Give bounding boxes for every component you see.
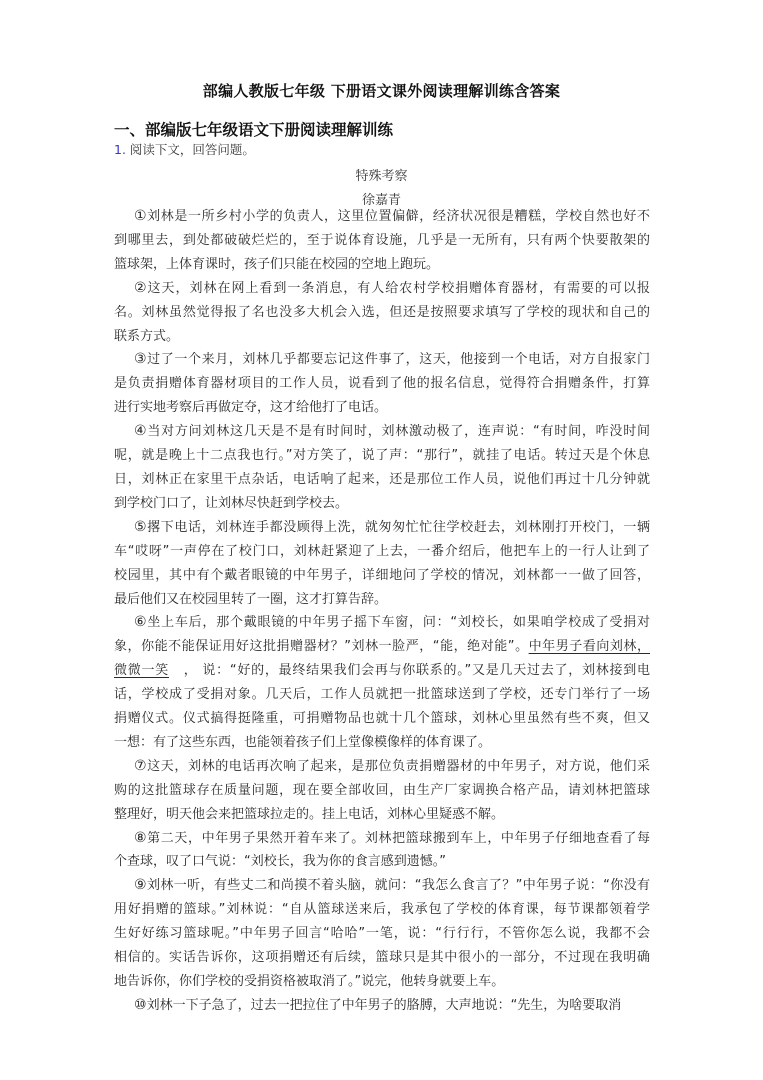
paragraph-marker: ③ <box>134 351 147 367</box>
paragraph-5: ⑤撂下电话，刘林连手都没顾得上洗，就匆匆忙忙往学校赶去，刘林刚打开校门，一辆车“… <box>114 516 650 612</box>
text-line: 相信的。实话告诉你，这项捐赠还有后续，篮球只是其中很小的一部分，不过现在我明确 <box>114 946 650 970</box>
underlined-phrase: 微微一笑 <box>114 663 169 678</box>
line-text: ， 说：“好的，最终结果我们会再与你联系的。”又是几天过去了，刘林接到电 <box>183 663 650 678</box>
line-text: 名。刘林虽然觉得报了名也没多大机会入选，但还是按照要求填写了学校的现状和自己的 <box>114 305 650 320</box>
document-title: 部编人教版七年级 下册语文课外阅读理解训练含答案 <box>0 80 763 101</box>
line-text: 刘林一下子急了，过去一把拉住了中年男子的胳膊，大声地说：“先生，为啥要取消 <box>147 998 622 1013</box>
paragraph-marker: ④ <box>134 423 147 439</box>
question-text: 阅读下文，回答问题。 <box>130 142 255 157</box>
text-line: ④当对方问刘林这几天是不是有时间时，刘林激动极了，连声说：“有时间，咋没时间 <box>114 420 650 444</box>
paragraph-6: ⑥坐上车后，那个戴眼镜的中年男子摇下车窗，问：“刘校长，如果咱学校成了受捐对象，… <box>114 611 650 754</box>
text-line: 到哪里去，到处都破破烂烂的，至于说体育设施，几乎是一无所有，只有两个快要散架的 <box>114 229 650 253</box>
line-text: 象，你能不能保证用好这批捐赠器材？”刘林一脸严，“能，绝对能”。 <box>114 639 529 654</box>
text-line: ⑨刘林一听，有些丈二和尚摸不着头脑，就问：“我怎么食言了？”中年男子说：“你没有 <box>114 874 650 898</box>
paragraph-4: ④当对方问刘林这几天是不是有时间时，刘林激动极了，连声说：“有时间，咋没时间呢，… <box>114 420 650 516</box>
document-page: 部编人教版七年级 下册语文课外阅读理解训练含答案 一、部编版七年级语文下册阅读理… <box>0 0 763 1080</box>
line-text: 这天，刘林在网上看到一条消息，有人给农村学校捐赠体育器材，有需要的可以报 <box>148 281 650 296</box>
line-text: 刘林一听，有些丈二和尚摸不着头脑，就问：“我怎么食言了？”中年男子说：“你没有 <box>147 878 650 893</box>
question-number: 1. <box>114 142 126 157</box>
paragraph-marker: ⑤ <box>134 519 147 535</box>
text-line: 微微一笑， 说：“好的，最终结果我们会再与你联系的。”又是几天过去了，刘林接到电 <box>114 659 650 683</box>
paragraph-marker: ① <box>134 208 147 224</box>
line-text: 过了一个来月，刘林几乎都要忘记这件事了，这天，他接到一个电话，对方自报家门 <box>147 352 650 367</box>
paragraph-9: ⑨刘林一听，有些丈二和尚摸不着头脑，就问：“我怎么食言了？”中年男子说：“你没有… <box>114 874 650 994</box>
line-text: 车“哎呀”一声停在了校门口，刘林赶紧迎了上去，一番介绍后，他把车上的一行人让到了 <box>114 544 650 559</box>
text-line: 最后他们又在校园里转了一圈，这才打算告辞。 <box>114 588 650 612</box>
paragraph-marker: ⑨ <box>134 877 147 893</box>
text-line: 到学校门口了，让刘林尽快赶到学校去。 <box>114 492 650 516</box>
text-line: 呢，就是晚上十二点我也行。”对方笑了，说了声：“那行”，就挂了电话。转过天是个休… <box>114 444 650 468</box>
story-title: 特殊考察 <box>0 165 763 184</box>
text-line: 篮球架，上体育课时，孩子们只能在校园的空地上跑玩。 <box>114 253 650 277</box>
line-text: 用好捐赠的篮球。”刘林说：“自从篮球送来后，我承包了学校的体育课，每节课都领着学 <box>114 902 650 917</box>
line-text: 话，学校成了受捐对象。几天后，工作人员就把一批篮球送到了学校，还专门举行了一场 <box>114 687 650 702</box>
line-text: 日，刘林正在家里干点杂话，电话响了起来，还是那位工作人员，说他们再过十几分钟就 <box>114 472 650 487</box>
paragraph-1: ①刘林是一所乡村小学的负责人，这里位置偏僻，经济状况很是糟糕，学校自然也好不到哪… <box>114 205 650 277</box>
text-line: 校园里，其中有个戴者眼镜的中年男子，详细地问了学校的情况，刘林都一一做了回答， <box>114 564 650 588</box>
text-line: ⑤撂下电话，刘林连手都没顾得上洗，就匆匆忙忙往学校赶去，刘林刚打开校门，一辆 <box>114 516 650 540</box>
text-line: 一想：有了这些东西，也能领着孩子们上堂像模像样的体育课了。 <box>114 731 650 755</box>
section-heading: 一、部编版七年级语文下册阅读理解训练 <box>114 118 393 140</box>
line-text: 校园里，其中有个戴者眼镜的中年男子，详细地问了学校的情况，刘林都一一做了回答， <box>114 568 650 583</box>
text-line: ⑥坐上车后，那个戴眼镜的中年男子摇下车窗，问：“刘校长，如果咱学校成了受捐对 <box>114 611 650 635</box>
paragraph-marker: ⑩ <box>134 997 147 1013</box>
text-line: ⑩刘林一下子急了，过去一把拉住了中年男子的胳膊，大声地说：“先生，为啥要取消 <box>114 994 650 1018</box>
line-text: 这天，刘林的电话再次响了起来，是那位负责捐赠器材的中年男子，对方说，他们采 <box>147 759 650 774</box>
line-text: 进行实地考察后再做定夺，这才给他打了电话。 <box>114 400 387 415</box>
paragraph-marker: ② <box>134 280 148 296</box>
line-text: 个查球，叹了口气说：“刘校长，我为你的食言感到遗憾。” <box>114 854 446 869</box>
line-text: 捐赠仪式。仪式搞得挺隆重，可捐赠物品也就十几个篮球，刘林心里虽然有些不爽，但又 <box>114 711 650 726</box>
text-line: 生好好练习篮球呢。”中年男子回言“哈哈”一笔，说：“行行行，不管你怎么说，我都不… <box>114 922 650 946</box>
line-text: 购的这批篮球存在质量问题，现在要全部收回，由生产厂家调换合格产品，请刘林把篮球 <box>114 783 650 798</box>
paragraph-3: ③过了一个来月，刘林几乎都要忘记这件事了，这天，他接到一个电话，对方自报家门是负… <box>114 348 650 420</box>
text-line: ⑦这天，刘林的电话再次响了起来，是那位负责捐赠器材的中年男子，对方说，他们采 <box>114 755 650 779</box>
text-line: ①刘林是一所乡村小学的负责人，这里位置偏僻，经济状况很是糟糕，学校自然也好不 <box>114 205 650 229</box>
text-line: 购的这批篮球存在质量问题，现在要全部收回，由生产厂家调换合格产品，请刘林把篮球 <box>114 779 650 803</box>
text-line: 联系方式。 <box>114 325 650 349</box>
line-text: 撂下电话，刘林连手都没顾得上洗，就匆匆忙忙往学校赶去，刘林刚打开校门，一辆 <box>147 520 650 535</box>
line-text: 相信的。实话告诉你，这项捐赠还有后续，篮球只是其中很小的一部分，不过现在我明确 <box>114 950 650 965</box>
line-text: 到学校门口了，让刘林尽快赶到学校去。 <box>114 496 348 511</box>
text-line: 进行实地考察后再做定夺，这才给他打了电话。 <box>114 396 650 420</box>
text-line: 话，学校成了受捐对象。几天后，工作人员就把一批篮球送到了学校，还专门举行了一场 <box>114 683 650 707</box>
line-text: 坐上车后，那个戴眼镜的中年男子摇下车窗，问：“刘校长，如果咱学校成了受捐对 <box>147 615 650 630</box>
text-line: ⑧第二天，中年男子果然开着车来了。刘林把篮球搬到车上，中年男子仔细地查看了每 <box>114 827 650 851</box>
line-text: 到哪里去，到处都破破烂烂的，至于说体育设施，几乎是一无所有，只有两个快要散架的 <box>114 233 650 248</box>
text-line: 个查球，叹了口气说：“刘校长，我为你的食言感到遗憾。” <box>114 850 650 874</box>
paragraph-marker: ⑦ <box>134 758 147 774</box>
paragraph-7: ⑦这天，刘林的电话再次响了起来，是那位负责捐赠器材的中年男子，对方说，他们采购的… <box>114 755 650 827</box>
line-text: 最后他们又在校园里转了一圈，这才打算告辞。 <box>114 592 387 607</box>
underlined-phrase: 中年男子看向刘林， <box>529 639 650 654</box>
text-line: 捐赠仪式。仪式搞得挺隆重，可捐赠物品也就十几个篮球，刘林心里虽然有些不爽，但又 <box>114 707 650 731</box>
text-line: 日，刘林正在家里干点杂话，电话响了起来，还是那位工作人员，说他们再过十几分钟就 <box>114 468 650 492</box>
line-text: 篮球架，上体育课时，孩子们只能在校园的空地上跑玩。 <box>114 257 439 272</box>
text-line: ②这天，刘林在网上看到一条消息，有人给农村学校捐赠体育器材，有需要的可以报 <box>114 277 650 301</box>
line-text: 生好好练习篮球呢。”中年男子回言“哈哈”一笔，说：“行行行，不管你怎么说，我都不… <box>114 926 650 941</box>
paragraph-marker: ⑥ <box>134 614 147 630</box>
line-text: 当对方问刘林这几天是不是有时间时，刘林激动极了，连声说：“有时间，咋没时间 <box>147 424 650 439</box>
paragraph-8: ⑧第二天，中年男子果然开着车来了。刘林把篮球搬到车上，中年男子仔细地查看了每个查… <box>114 827 650 875</box>
question-prompt: 1. 阅读下文，回答问题。 <box>114 140 255 158</box>
text-line: 车“哎呀”一声停在了校门口，刘林赶紧迎了上去，一番介绍后，他把车上的一行人让到了 <box>114 540 650 564</box>
line-text: 一想：有了这些东西，也能领着孩子们上堂像模像样的体育课了。 <box>114 735 491 750</box>
text-line: 整理好，明天他会来把篮球拉走的。挂上电话，刘林心里疑惑不解。 <box>114 803 650 827</box>
line-text: 是负责捐赠体育器材项目的工作人员，说看到了他的报名信息，觉得符合捐赠条件，打算 <box>114 376 650 391</box>
text-line: ③过了一个来月，刘林几乎都要忘记这件事了，这天，他接到一个电话，对方自报家门 <box>114 348 650 372</box>
line-text: 第二天，中年男子果然开着车来了。刘林把篮球搬到车上，中年男子仔细地查看了每 <box>147 831 650 846</box>
line-text: 联系方式。 <box>114 329 179 344</box>
paragraph-2: ②这天，刘林在网上看到一条消息，有人给农村学校捐赠体育器材，有需要的可以报名。刘… <box>114 277 650 349</box>
line-text: 呢，就是晚上十二点我也行。”对方笑了，说了声：“那行”，就挂了电话。转过天是个休… <box>114 448 650 463</box>
text-line: 象，你能不能保证用好这批捐赠器材？”刘林一脸严，“能，绝对能”。中年男子看向刘林… <box>114 635 650 659</box>
text-line: 是负责捐赠体育器材项目的工作人员，说看到了他的报名信息，觉得符合捐赠条件，打算 <box>114 372 650 396</box>
line-text: 地告诉你，你们学校的受捐资格被取消了。”说完，他转身就要上车。 <box>114 974 504 989</box>
text-line: 用好捐赠的篮球。”刘林说：“自从篮球送来后，我承包了学校的体育课，每节课都领着学 <box>114 898 650 922</box>
text-line: 地告诉你，你们学校的受捐资格被取消了。”说完，他转身就要上车。 <box>114 970 650 994</box>
story-body: ①刘林是一所乡村小学的负责人，这里位置偏僻，经济状况很是糟糕，学校自然也好不到哪… <box>114 205 650 1018</box>
paragraph-marker: ⑧ <box>134 830 147 846</box>
text-line: 名。刘林虽然觉得报了名也没多大机会入选，但还是按照要求填写了学校的现状和自己的 <box>114 301 650 325</box>
paragraph-10: ⑩刘林一下子急了，过去一把拉住了中年男子的胳膊，大声地说：“先生，为啥要取消 <box>114 994 650 1018</box>
line-text: 整理好，明天他会来把篮球拉走的。挂上电话，刘林心里疑惑不解。 <box>114 807 504 822</box>
line-text: 刘林是一所乡村小学的负责人，这里位置偏僻，经济状况很是糟糕，学校自然也好不 <box>147 209 650 224</box>
